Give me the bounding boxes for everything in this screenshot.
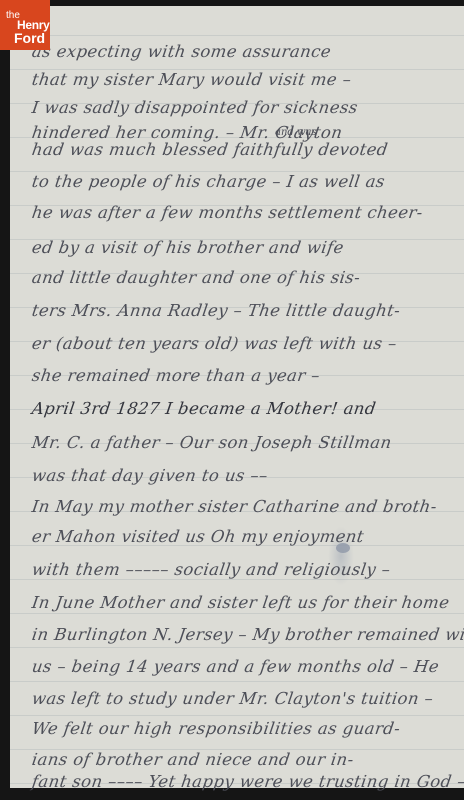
handwritten-text: and was as expecting with some assurance… bbox=[10, 6, 464, 788]
logo-ford: Ford bbox=[14, 31, 45, 45]
text-line: us – being 14 years and a few months old… bbox=[31, 657, 441, 676]
text-line: ed by a visit of his brother and wife bbox=[31, 238, 345, 257]
text-line: I was sadly disappointed for sickness bbox=[31, 98, 359, 117]
text-line: and little daughter and one of his sis- bbox=[31, 268, 362, 287]
text-line: In June Mother and sister left us for th… bbox=[31, 593, 451, 612]
text-line: fant son –––– Yet happy were we trusting… bbox=[31, 772, 464, 791]
text-line: In May my mother sister Catharine and br… bbox=[31, 497, 438, 516]
manuscript-page: and was as expecting with some assurance… bbox=[10, 6, 464, 788]
text-line: was that day given to us –– bbox=[31, 466, 270, 485]
text-line: she remained more than a year – bbox=[31, 366, 322, 385]
henry-ford-logo: the Henry Ford bbox=[0, 0, 50, 50]
text-line: as expecting with some assurance bbox=[31, 42, 333, 61]
text-line: was left to study under Mr. Clayton's tu… bbox=[31, 689, 435, 708]
text-line: April 3rd 1827 I became a Mother! and bbox=[31, 399, 378, 418]
text-line: ters Mrs. Anna Radley – The little daugh… bbox=[31, 301, 402, 320]
text-line: er (about ten years old) was left with u… bbox=[31, 334, 398, 353]
text-line: We felt our high responsibilities as gua… bbox=[31, 719, 402, 738]
text-line: ians of brother and niece and our in- bbox=[31, 750, 355, 769]
text-line: Mr. C. a father – Our son Joseph Stillma… bbox=[31, 433, 393, 452]
text-line: in Burlington N. Jersey – My brother rem… bbox=[31, 625, 464, 644]
text-line: that my sister Mary would visit me – bbox=[31, 70, 353, 89]
text-line: er Mahon visited us Oh my enjoyment bbox=[31, 527, 366, 546]
text-line: to the people of his charge – I as well … bbox=[31, 172, 387, 191]
scan-frame: and was as expecting with some assurance… bbox=[0, 0, 464, 800]
text-line: with them ––––– socially and religiously… bbox=[31, 560, 392, 579]
text-line: had was much blessed faithfully devoted bbox=[31, 140, 390, 159]
text-line: he was after a few months settlement che… bbox=[31, 203, 424, 222]
